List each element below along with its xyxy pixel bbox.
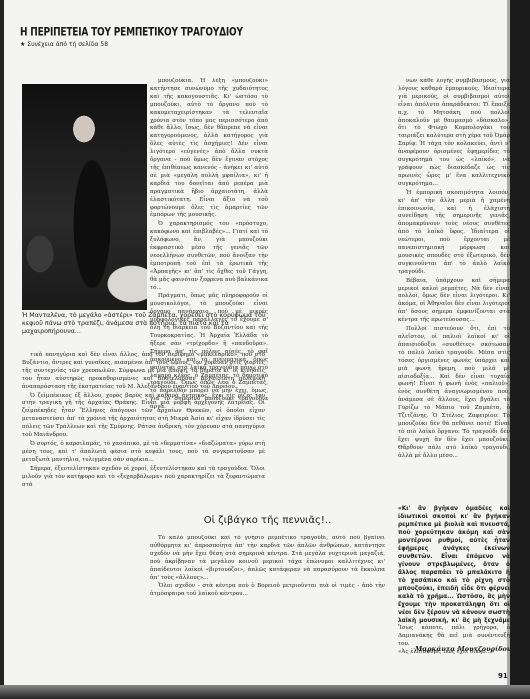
column-right: νων κάθε λογῆς συμβιβασμούς, γιὰ λόγους … bbox=[398, 78, 510, 503]
author-signature: Μαρκάντα Μουτζουρίδου bbox=[415, 645, 511, 653]
paragraph: Πολλοὶ πιστεύουν ὅτι, ἐπὶ τὸ πλεῖστον, ο… bbox=[398, 326, 510, 460]
continued-from-note: ★ Συνέχεια άπό τή σελίδα 58 bbox=[20, 41, 243, 48]
article-title: Η ΠΕΡΙΠΕΤΕΙΑ ΤΟΥ ΡΕΜΠΕΤΙΚΟΥ ΤΡΑΓΟΥΔΙΟΥ bbox=[20, 27, 243, 40]
paragraph: μπουζούκια. Ἡ λέξη «μπουζούκι» κατήντησε… bbox=[150, 78, 268, 220]
page-binding-edge bbox=[510, 0, 530, 699]
paragraph: Ἡ ἐμπορικὴ σκοπιμότητα λοιπόν, κι' ἀπ' τ… bbox=[398, 190, 510, 277]
paragraph: Ὅλοι σχεδὸν - στὰ κέντρα ποὺ ὁ Βορειοῦ μ… bbox=[150, 583, 385, 599]
paragraph: Ὁ χαρακτηρισμός του «πρόστυχο, κακόφωνο … bbox=[150, 221, 268, 292]
page-bottom-edge bbox=[0, 685, 530, 699]
column-middle-after: Τὸ καλὸ μπουζούκι καὶ τὸ γνήσιο ρεμπέτικ… bbox=[150, 535, 385, 675]
article-header: Η ΠΕΡΙΠΕΤΕΙΑ ΤΟΥ ΡΕΜΠΕΤΙΚΟΥ ΤΡΑΓΟΥΔΙΟΥ ★… bbox=[20, 28, 243, 48]
page-number: 91 bbox=[498, 672, 508, 680]
section-subheading: Οἱ ζιβάγκο τῆς πεννιᾶς!.. bbox=[150, 515, 385, 526]
paragraph: Τὸ καλὸ μπουζούκι καὶ τὸ γνήσιο ρεμπέτικ… bbox=[150, 535, 385, 582]
page-left-edge bbox=[0, 0, 4, 699]
paragraph: Βέβαια, ὑπάρχουν καὶ σήμερα μερικοὶ καλο… bbox=[398, 278, 510, 325]
paragraph: Πράγματι, ὅπως μᾶς πληροφοροῦν οἱ μουσικ… bbox=[150, 293, 268, 412]
dancer-photo bbox=[22, 84, 147, 310]
paragraph: νων κάθε λογῆς συμβιβασμούς, γιὰ λόγους … bbox=[398, 78, 510, 189]
quote-bold: «Κι' ἂν βγῆκαν ὁμαδέες καὶ ἰδιωτικοὶ σκο… bbox=[398, 505, 510, 625]
column-middle: μπουζούκια. Ἡ λέξη «μπουζούκι» κατήντησε… bbox=[150, 78, 268, 508]
